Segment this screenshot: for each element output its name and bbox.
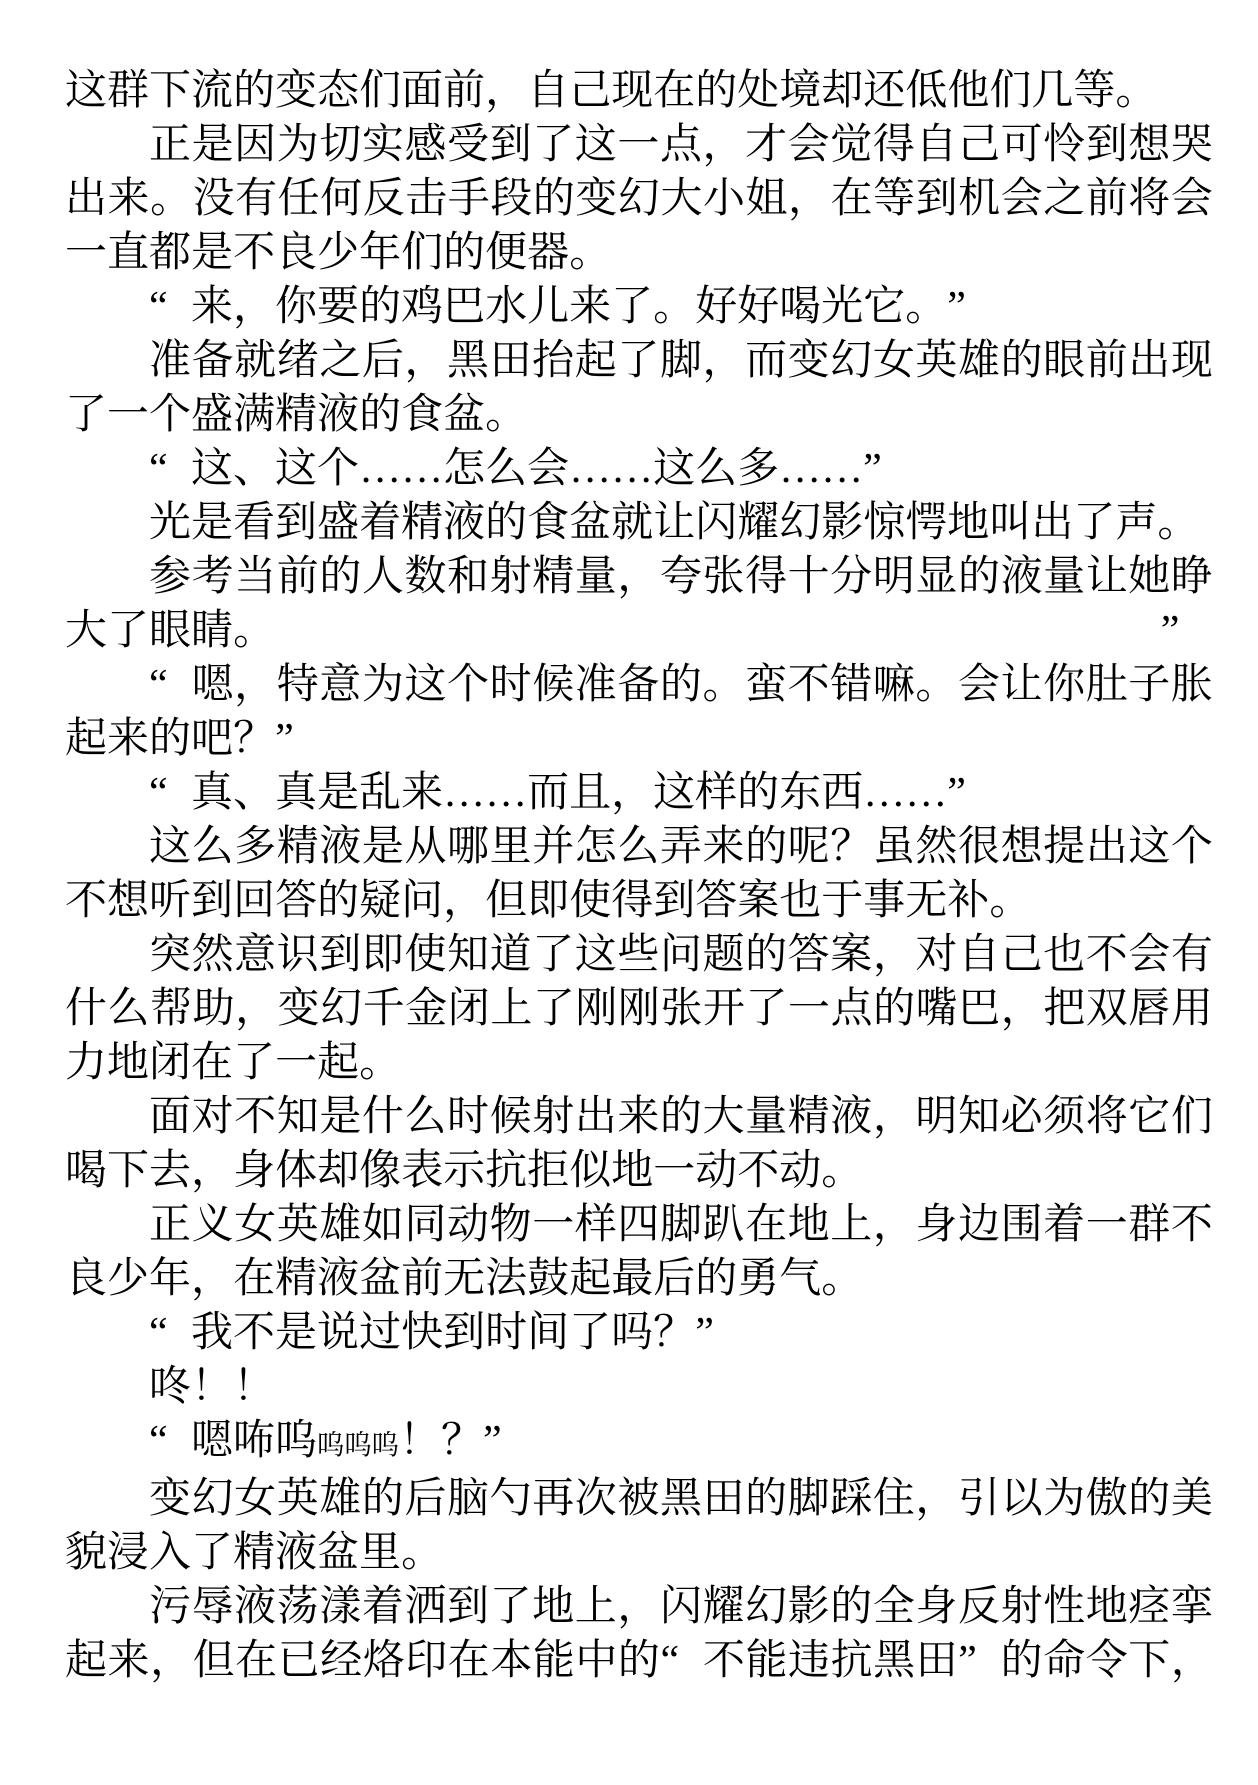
paragraph: “嗯，特意为这个时候准备的。蛮不错嘛。会让你肚子胀起来的吧？”: [65, 658, 1213, 766]
paragraph: “嗯咘呜呜呜呜！？”: [65, 1414, 1213, 1472]
fullwidth-punctuation: …: [359, 442, 401, 496]
paragraph: 正义女英雄如同动物一样四脚趴在地上，身边围着一群不良少年，在精液盆前无法鼓起最后…: [65, 1198, 1213, 1306]
paragraph: 咚！！: [65, 1360, 1213, 1414]
text-line: 正义女英雄如同动物一样四脚趴在地上，身边围着一群不: [65, 1198, 1213, 1252]
text-line: 参考当前的人数和射精量，夸张得十分明显的液量让她睁: [65, 550, 1213, 604]
text-line: 污辱液荡漾着洒到了地上，闪耀幻影的全身反射性地痉挛: [65, 1580, 1213, 1634]
text-line: 良少年，在精液盆前无法鼓起最后的勇气。: [65, 1252, 1213, 1306]
text-line: 光是看到盛着精液的食盆就让闪耀幻影惊愕地叫出了声。: [65, 496, 1213, 550]
text-line: 这群下流的变态们面前，自己现在的处境却还低他们几等。: [65, 64, 1213, 118]
text-line: 一直都是不良少年们的便器。: [65, 226, 1213, 280]
text-line: 变幻女英雄的后脑勺再次被黑田的脚踩住，引以为傲的美: [65, 1472, 1213, 1526]
fullwidth-punctuation: “: [149, 766, 191, 820]
paragraph: 正是因为切实感受到了这一点，才会觉得自己可怜到想哭出来。没有任何反击手段的变幻大…: [65, 118, 1213, 280]
text-line: “来，你要的鸡巴水儿来了。好好喝光它。”: [65, 280, 1213, 334]
text-line: 咚！！: [65, 1360, 1213, 1414]
stray-closing-quote: ”: [1161, 604, 1180, 658]
text-line: 正是因为切实感受到了这一点，才会觉得自己可怜到想哭: [65, 118, 1213, 172]
paragraph: 变幻女英雄的后脑勺再次被黑田的脚踩住，引以为傲的美貌浸入了精液盆里。: [65, 1472, 1213, 1580]
text-line: “这、这个……怎么会……这么多……”: [65, 442, 1213, 496]
paragraph: “这、这个……怎么会……这么多……”: [65, 442, 1213, 496]
paragraph: 参考当前的人数和射精量，夸张得十分明显的液量让她睁”大了眼睛。: [65, 550, 1213, 658]
text-line: 喝下去，身体却像表示抗拒似地一动不动。: [65, 1144, 1213, 1198]
fullwidth-punctuation: ”: [947, 280, 989, 334]
fullwidth-punctuation: …: [443, 766, 485, 820]
fullwidth-punctuation: “: [149, 658, 191, 712]
text-line: 不想听到回答的疑问，但即使得到答案也于事无补。: [65, 874, 1213, 928]
paragraph: 面对不知是什么时候射出来的大量精液，明知必须将它们喝下去，身体却像表示抗拒似地一…: [65, 1090, 1213, 1198]
paragraph: 这么多精液是从哪里并怎么弄来的呢？虽然很想提出这个不想听到回答的疑问，但即使得到…: [65, 820, 1213, 928]
fullwidth-punctuation: ”: [483, 1414, 525, 1468]
text-line: 这么多精液是从哪里并怎么弄来的呢？虽然很想提出这个: [65, 820, 1213, 874]
text-line: 突然意识到即使知道了这些问题的答案，对自己也不会有: [65, 928, 1213, 982]
paragraph: 这群下流的变态们面前，自己现在的处境却还低他们几等。: [65, 64, 1213, 118]
fullwidth-punctuation: …: [485, 766, 527, 820]
fullwidth-punctuation: …: [821, 442, 863, 496]
text-line: “真、真是乱来……而且，这样的东西……”: [65, 766, 1213, 820]
paragraph: 准备就绪之后，黑田抬起了脚，而变幻女英雄的眼前出现了一个盛满精液的食盆。: [65, 334, 1213, 442]
fullwidth-punctuation: “: [149, 1306, 191, 1360]
fullwidth-punctuation: “: [149, 442, 191, 496]
fullwidth-punctuation: …: [863, 766, 905, 820]
text-line: 出来。没有任何反击手段的变幻大小姐，在等到机会之前将会: [65, 172, 1213, 226]
text-line: 什么帮助，变幻千金闭上了刚刚张开了一点的嘴巴，把双唇用: [65, 982, 1213, 1036]
fullwidth-punctuation: “: [660, 1634, 702, 1688]
fullwidth-punctuation: ”: [958, 1634, 1000, 1688]
fullwidth-punctuation: …: [401, 442, 443, 496]
text-line: 起来的吧？”: [65, 712, 1213, 766]
paragraph: 污辱液荡漾着洒到了地上，闪耀幻影的全身反射性地痉挛起来，但在已经烙印在本能中的“…: [65, 1580, 1213, 1688]
text-line: “嗯咘呜呜呜呜！？”: [65, 1414, 1213, 1472]
paragraph: 突然意识到即使知道了这些问题的答案，对自己也不会有什么帮助，变幻千金闭上了刚刚张…: [65, 928, 1213, 1090]
fullwidth-punctuation: ”: [947, 766, 989, 820]
text-line: ”大了眼睛。: [65, 604, 1213, 658]
text-line: 了一个盛满精液的食盆。: [65, 388, 1213, 442]
fullwidth-punctuation: …: [779, 442, 821, 496]
text-line: 起来，但在已经烙印在本能中的“不能违抗黑田”的命令下，: [65, 1634, 1213, 1688]
paragraph: “我不是说过快到时间了吗？”: [65, 1306, 1213, 1360]
text-line: 貌浸入了精液盆里。: [65, 1526, 1213, 1580]
document-page: 这群下流的变态们面前，自己现在的处境却还低他们几等。正是因为切实感受到了这一点，…: [0, 0, 1258, 1785]
text-line: 力地闭在了一起。: [65, 1036, 1213, 1090]
fullwidth-punctuation: ”: [275, 712, 317, 766]
fullwidth-punctuation: …: [569, 442, 611, 496]
text-line: 准备就绪之后，黑田抬起了脚，而变幻女英雄的眼前出现: [65, 334, 1213, 388]
paragraph: “真、真是乱来……而且，这样的东西……”: [65, 766, 1213, 820]
fullwidth-punctuation: “: [149, 1414, 191, 1468]
text-line: “我不是说过快到时间了吗？”: [65, 1306, 1213, 1360]
paragraph: 光是看到盛着精液的食盆就让闪耀幻影惊愕地叫出了声。: [65, 496, 1213, 550]
fullwidth-punctuation: …: [905, 766, 947, 820]
text-line: 面对不知是什么时候射出来的大量精液，明知必须将它们: [65, 1090, 1213, 1144]
text-line: “嗯，特意为这个时候准备的。蛮不错嘛。会让你肚子胀: [65, 658, 1213, 712]
paragraph: “来，你要的鸡巴水儿来了。好好喝光它。”: [65, 280, 1213, 334]
small-text-run: 呜呜呜: [317, 1430, 399, 1460]
fullwidth-punctuation: …: [611, 442, 653, 496]
fullwidth-punctuation: “: [149, 280, 191, 334]
fullwidth-punctuation: ”: [695, 1306, 737, 1360]
fullwidth-punctuation: ”: [863, 442, 905, 496]
